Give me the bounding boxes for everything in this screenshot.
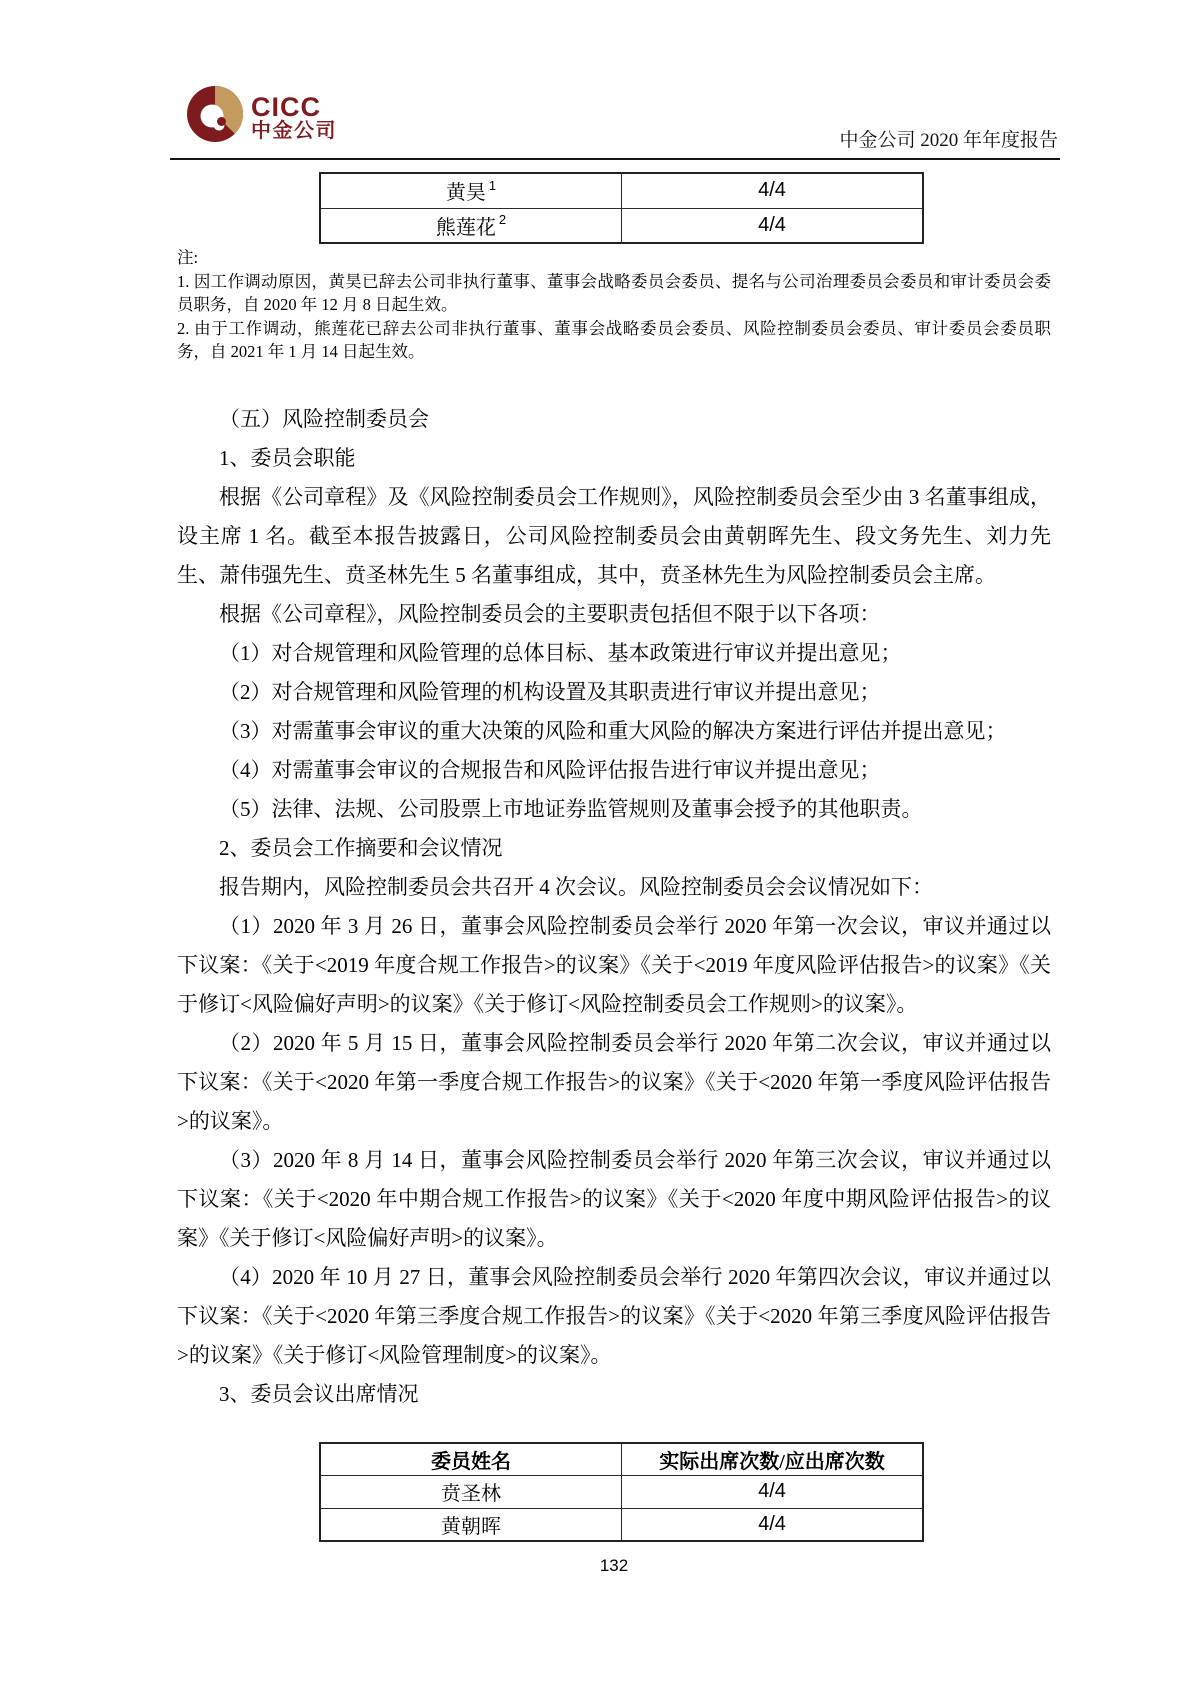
subsection-heading-work-summary: 2、委员会工作摘要和会议情况 xyxy=(177,829,1051,868)
header-member-name: 委员姓名 xyxy=(320,1443,622,1475)
duty-item: （2）对合规管理和风险管理的机构设置及其职责进行审议并提出意见； xyxy=(177,673,1051,712)
cicc-logo-icon xyxy=(187,86,243,142)
table-header-row: 委员姓名 实际出席次数/应出席次数 xyxy=(320,1443,923,1475)
table-row: 熊莲花2 4/4 xyxy=(320,208,923,243)
footnotes: 注: 1. 因工作调动原因，黄昊已辞去公司非执行董事、董事会战略委员会委员、提名… xyxy=(177,246,1051,364)
paragraph-composition: 根据《公司章程》及《风险控制委员会工作规则》，风险控制委员会至少由 3 名董事组… xyxy=(177,478,1051,595)
member-name: 黄昊 xyxy=(446,182,486,204)
member-name-cell: 黄朝晖 xyxy=(320,1508,622,1541)
section-body: （五）风险控制委员会 1、委员会职能 根据《公司章程》及《风险控制委员会工作规则… xyxy=(177,400,1051,1414)
duty-item: （4）对需董事会审议的合规报告和风险评估报告进行审议并提出意见； xyxy=(177,751,1051,790)
subsection-heading-attendance: 3、委员会议出席情况 xyxy=(177,1375,1051,1414)
footnote-item: 1. 因工作调动原因，黄昊已辞去公司非执行董事、董事会战略委员会委员、提名与公司… xyxy=(177,270,1051,317)
logo-wordmark-cn: 中金公司 xyxy=(251,120,337,142)
committee-attendance-table: 委员姓名 实际出席次数/应出席次数 贲圣林 4/4 黄朝晖 4/4 xyxy=(319,1442,924,1542)
member-name-cell: 黄昊1 xyxy=(320,173,622,208)
annual-report-page: CICC 中金公司 中金公司 2020 年年度报告 黄昊1 4/4 熊莲花2 4… xyxy=(0,0,1190,1683)
footnote-marker: 1 xyxy=(489,178,496,193)
footnotes-label: 注: xyxy=(177,246,1051,270)
cicc-logo: CICC 中金公司 xyxy=(187,86,337,142)
logo-wordmark-en: CICC xyxy=(251,94,337,120)
paragraph-duties-intro: 根据《公司章程》，风险控制委员会的主要职责包括但不限于以下各项： xyxy=(177,595,1051,634)
table-row: 黄朝晖 4/4 xyxy=(320,1508,923,1541)
logo-wordmark: CICC 中金公司 xyxy=(251,94,337,142)
footnote-item: 2. 由于工作调动，熊莲花已辞去公司非执行董事、董事会战略委员会委员、风险控制委… xyxy=(177,317,1051,364)
table-row: 黄昊1 4/4 xyxy=(320,173,923,208)
meeting-item: （4）2020 年 10 月 27 日，董事会风险控制委员会举行 2020 年第… xyxy=(177,1258,1051,1375)
attendance-cell: 4/4 xyxy=(622,173,924,208)
director-attendance-table-continued: 黄昊1 4/4 熊莲花2 4/4 xyxy=(319,172,924,244)
member-name-cell: 贲圣林 xyxy=(320,1475,622,1508)
report-title: 中金公司 2020 年年度报告 xyxy=(839,130,1058,152)
paragraph-meetings-intro: 报告期内，风险控制委员会共召开 4 次会议。风险控制委员会会议情况如下： xyxy=(177,868,1051,907)
meeting-item: （1）2020 年 3 月 26 日，董事会风险控制委员会举行 2020 年第一… xyxy=(177,907,1051,1024)
meeting-item: （2）2020 年 5 月 15 日，董事会风险控制委员会举行 2020 年第二… xyxy=(177,1024,1051,1141)
duty-item: （1）对合规管理和风险管理的总体目标、基本政策进行审议并提出意见； xyxy=(177,634,1051,673)
header-attendance: 实际出席次数/应出席次数 xyxy=(622,1443,924,1475)
duty-item: （5）法律、法规、公司股票上市地证券监管规则及董事会授予的其他职责。 xyxy=(177,790,1051,829)
header-rule xyxy=(170,158,1060,160)
section-heading: （五）风险控制委员会 xyxy=(177,400,1051,439)
page-number: 132 xyxy=(177,1556,1051,1576)
meeting-item: （3）2020 年 8 月 14 日，董事会风险控制委员会举行 2020 年第三… xyxy=(177,1141,1051,1258)
member-name-cell: 熊莲花2 xyxy=(320,208,622,243)
duty-item: （3）对需董事会审议的重大决策的风险和重大风险的解决方案进行评估并提出意见； xyxy=(177,712,1051,751)
member-name: 熊莲花 xyxy=(436,217,496,239)
footnote-marker: 2 xyxy=(499,212,506,227)
attendance-cell: 4/4 xyxy=(622,1475,924,1508)
attendance-cell: 4/4 xyxy=(622,208,924,243)
subsection-heading-functions: 1、委员会职能 xyxy=(177,439,1051,478)
attendance-cell: 4/4 xyxy=(622,1508,924,1541)
table-row: 贲圣林 4/4 xyxy=(320,1475,923,1508)
